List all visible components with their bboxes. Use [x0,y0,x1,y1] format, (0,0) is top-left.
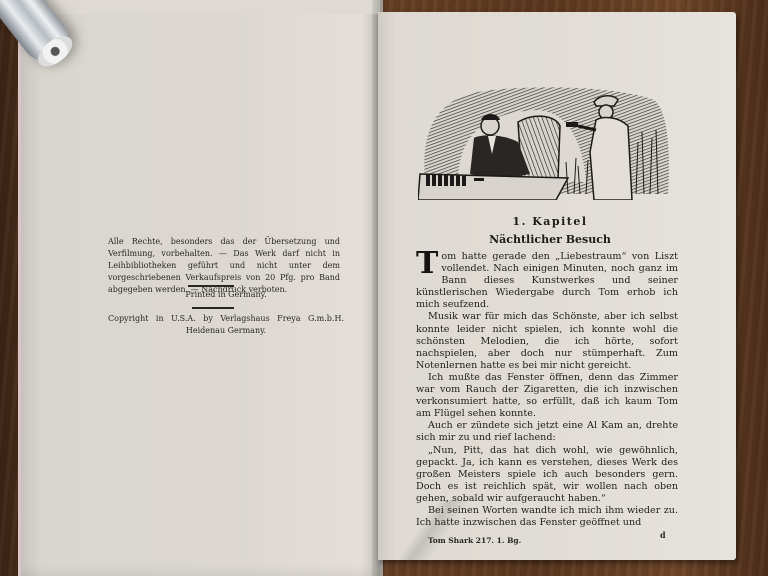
printed-in-notice: Printed in Germany. [110,290,342,299]
paragraph: Ich mußte das Fenster öffnen, denn das Z… [416,372,678,420]
divider-rule [188,285,234,287]
illustration-image [418,82,670,200]
chapter-title: Nächtlicher Besuch [400,233,700,246]
copyright-line-1: Copyright in U.S.A. by Verlagshaus Freya… [108,313,344,325]
paragraph: Bei seinen Worten wandte ich mich ihm wi… [416,505,678,529]
paragraph: Musik war für mich das Schönste, aber ic… [416,311,678,371]
paragraph: Auch er zündete sich jetzt eine Al Kam a… [416,420,678,444]
gathering-mark: d [660,530,666,540]
copyright-notice: Copyright in U.S.A. by Verlagshaus Freya… [108,313,344,337]
copyright-line-2: Heidenau Germany. [186,326,266,335]
paragraph: Tom hatte gerade den „Liebestraum“ von L… [416,251,678,311]
left-page-top-edge [18,0,380,14]
chapter-body: Tom hatte gerade den „Liebestraum“ von L… [416,251,678,529]
rights-notice: Alle Rechte, besonders das der Übersetzu… [108,236,340,296]
chapter-number: 1. Kapitel [400,215,700,228]
drop-cap: T [416,251,438,277]
signature-mark: Tom Shark 217. 1. Bg. [428,536,521,545]
paragraph: „Nun, Pitt, das hat dich wohl, wie gewöh… [416,445,678,505]
divider-rule [192,307,234,309]
